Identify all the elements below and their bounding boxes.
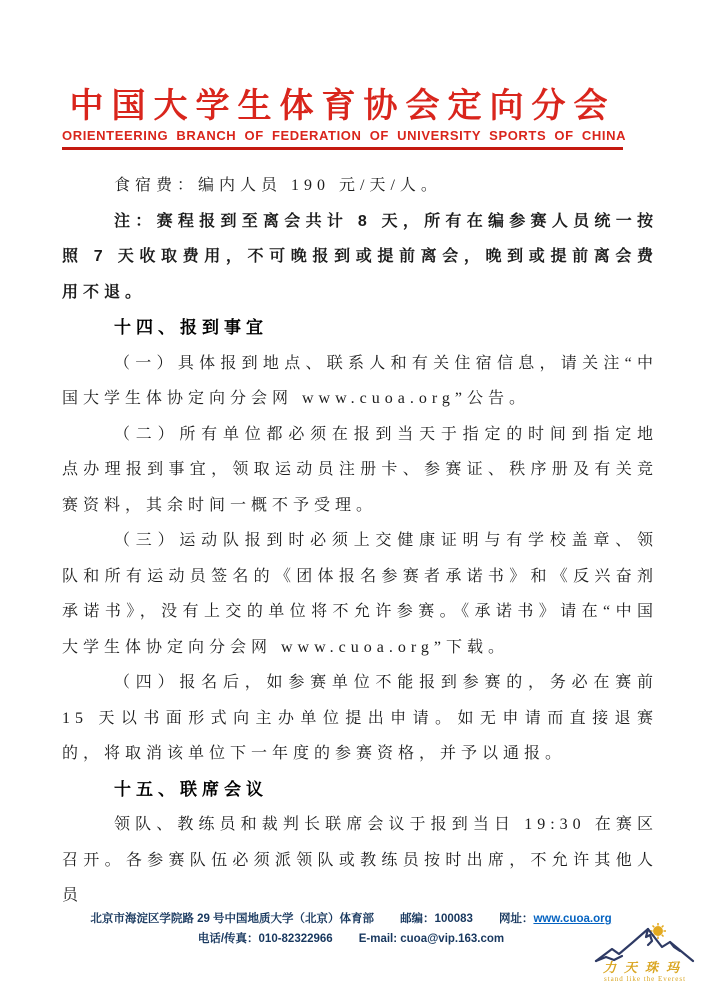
paragraph-14-1: （一）具体报到地点、联系人和有关住宿信息，请关注“中国大学生体协定向分会网 ww… [62,346,658,417]
watermark-logo: 力天珠玛 stand like the Everest [592,921,698,991]
footer-website-label: 网址： [499,909,534,929]
paragraph-meal-fee: 食宿费：编内人员 190 元/天/人。 [62,168,658,204]
paragraph-14-4: （四）报名后，如参赛单位不能报到参赛的，务必在赛前 15 天以书面形式向主办单位… [62,665,658,772]
section-heading-15: 十五、联席会议 [62,772,658,808]
document-page: 中国大学生体育协会定向分会 ORIENTEERING BRANCH OF FED… [0,0,702,993]
paragraph-note: 注：赛程报到至离会共计 8 天，所有在编参赛人员统一按照 7 天收取费用，不可晚… [62,204,658,311]
header-divider-rule [62,147,623,150]
section-heading-14: 十四、报到事宜 [62,310,658,346]
logo-tagline-text: stand like the Everest [592,975,698,983]
paragraph-15-1: 领队、教练员和裁判长联席会议于报到当日 19:30 在赛区召开。各参赛队伍必须派… [62,807,658,914]
document-body: 食宿费：编内人员 190 元/天/人。 注：赛程报到至离会共计 8 天，所有在编… [62,168,658,914]
paragraph-14-2: （二）所有单位都必须在报到当天于指定的时间到指定地点办理报到事宜，领取运动员注册… [62,417,658,524]
org-title-english: ORIENTEERING BRANCH OF FEDERATION OF UNI… [62,128,623,144]
logo-name-text: 力天珠玛 [592,957,698,976]
paragraph-14-3: （三）运动队报到时必须上交健康证明与有学校盖章、领队和所有运动员签名的《团体报名… [62,523,658,665]
footer-phone-fax: 电话/传真：010-82322966 [198,929,333,949]
footer-postcode: 邮编：100083 [400,909,473,929]
org-title-chinese: 中国大学生体育协会定向分会 [62,86,623,126]
footer-email: E-mail: cuoa@vip.163.com [359,929,504,949]
letterhead: 中国大学生体育协会定向分会 ORIENTEERING BRANCH OF FED… [62,86,623,150]
footer-address: 北京市海淀区学院路 29 号中国地质大学（北京）体育部 [90,909,374,929]
